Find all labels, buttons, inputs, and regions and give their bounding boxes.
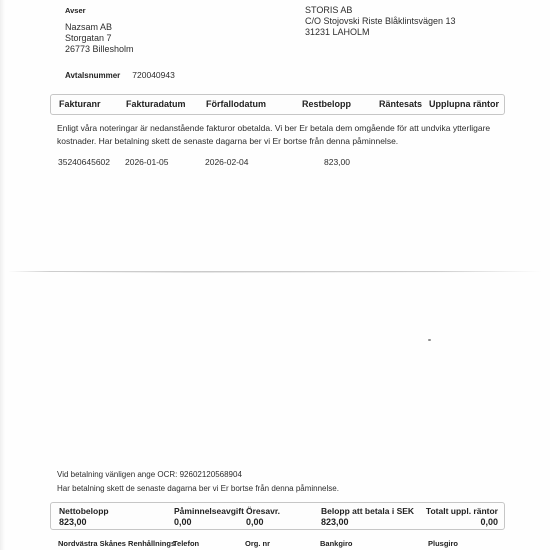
footer-bankgiro-label: Bankgiro	[320, 539, 353, 548]
summary-value-fee: 0,00	[174, 517, 192, 527]
summary-header-rounding: Öresavr.	[246, 506, 280, 516]
sender-label: Avser	[65, 5, 134, 16]
footer-phone-label: Telefon	[173, 539, 199, 548]
sender-block: Avser Nazsam AB Storgatan 7 26773 Billes…	[65, 5, 134, 55]
document-footer: Nordvästra Skånes Renhållnings Telefon O…	[50, 539, 505, 550]
recipient-postal-city: 31231 LAHOLM	[305, 27, 456, 38]
recipient-block: STORIS AB C/O Stojovski Riste Blåklintsv…	[305, 5, 456, 38]
summary-value-interest: 0,00	[480, 517, 498, 527]
recipient-name: STORIS AB	[305, 5, 456, 16]
cell-remaining-amount: 823,00	[270, 157, 350, 167]
summary-header-interest: Totalt uppl. räntor	[426, 506, 498, 516]
sender-street: Storgatan 7	[65, 33, 134, 44]
ocr-payment-line: Vid betalning vänligen ange OCR: 9260212…	[57, 470, 242, 479]
unpaid-invoices-notice: Enligt våra noteringar är nedanstående f…	[57, 122, 509, 148]
invoice-table-header: Fakturanr Fakturadatum Förfallodatum Res…	[50, 94, 505, 115]
agreement-number-row: Avtalsnummer720040943	[65, 70, 175, 80]
invoice-table-row: 35240645602 2026-01-05 2026-02-04 823,00	[50, 157, 505, 169]
summary-value-to-pay: 823,00	[321, 517, 349, 527]
agreement-label: Avtalsnummer	[65, 71, 120, 80]
scan-speck	[428, 339, 431, 341]
summary-value-net: 823,00	[59, 517, 87, 527]
recipient-address: C/O Stojovski Riste Blåklintsvägen 13	[305, 16, 456, 27]
header-interest-rate: Räntesats	[379, 95, 422, 114]
disregard-note-line: Har betalning skett de senaste dagarna b…	[57, 484, 339, 493]
summary-header-to-pay: Belopp att betala i SEK	[321, 506, 414, 516]
footer-company-name: Nordvästra Skånes Renhållnings	[58, 539, 175, 548]
scan-fold-shadow	[60, 272, 480, 273]
summary-header-net: Nettobelopp	[59, 506, 109, 516]
amount-summary-table: Nettobelopp Påminnelseavgift Öresavr. Be…	[50, 502, 505, 530]
header-accrued-interest: Upplupna räntor	[429, 95, 499, 114]
cell-due-date: 2026-02-04	[205, 157, 248, 167]
header-remaining-amount: Restbelopp	[271, 95, 351, 114]
header-invoice-number: Fakturanr	[59, 95, 101, 114]
sender-name: Nazsam AB	[65, 22, 134, 33]
header-invoice-date: Fakturadatum	[126, 95, 186, 114]
summary-header-fee: Påminnelseavgift	[174, 506, 244, 516]
sender-postal-city: 26773 Billesholm	[65, 44, 134, 55]
summary-value-rounding: 0,00	[246, 517, 264, 527]
cell-invoice-date: 2026-01-05	[125, 157, 168, 167]
cell-invoice-number: 35240645602	[58, 157, 110, 167]
agreement-number: 720040943	[132, 70, 175, 80]
header-due-date: Förfallodatum	[206, 95, 266, 114]
footer-plusgiro-label: Plusgiro	[428, 539, 458, 548]
footer-orgnr-label: Org. nr	[245, 539, 270, 548]
payment-reminder-document: Avser Nazsam AB Storgatan 7 26773 Billes…	[0, 0, 550, 550]
